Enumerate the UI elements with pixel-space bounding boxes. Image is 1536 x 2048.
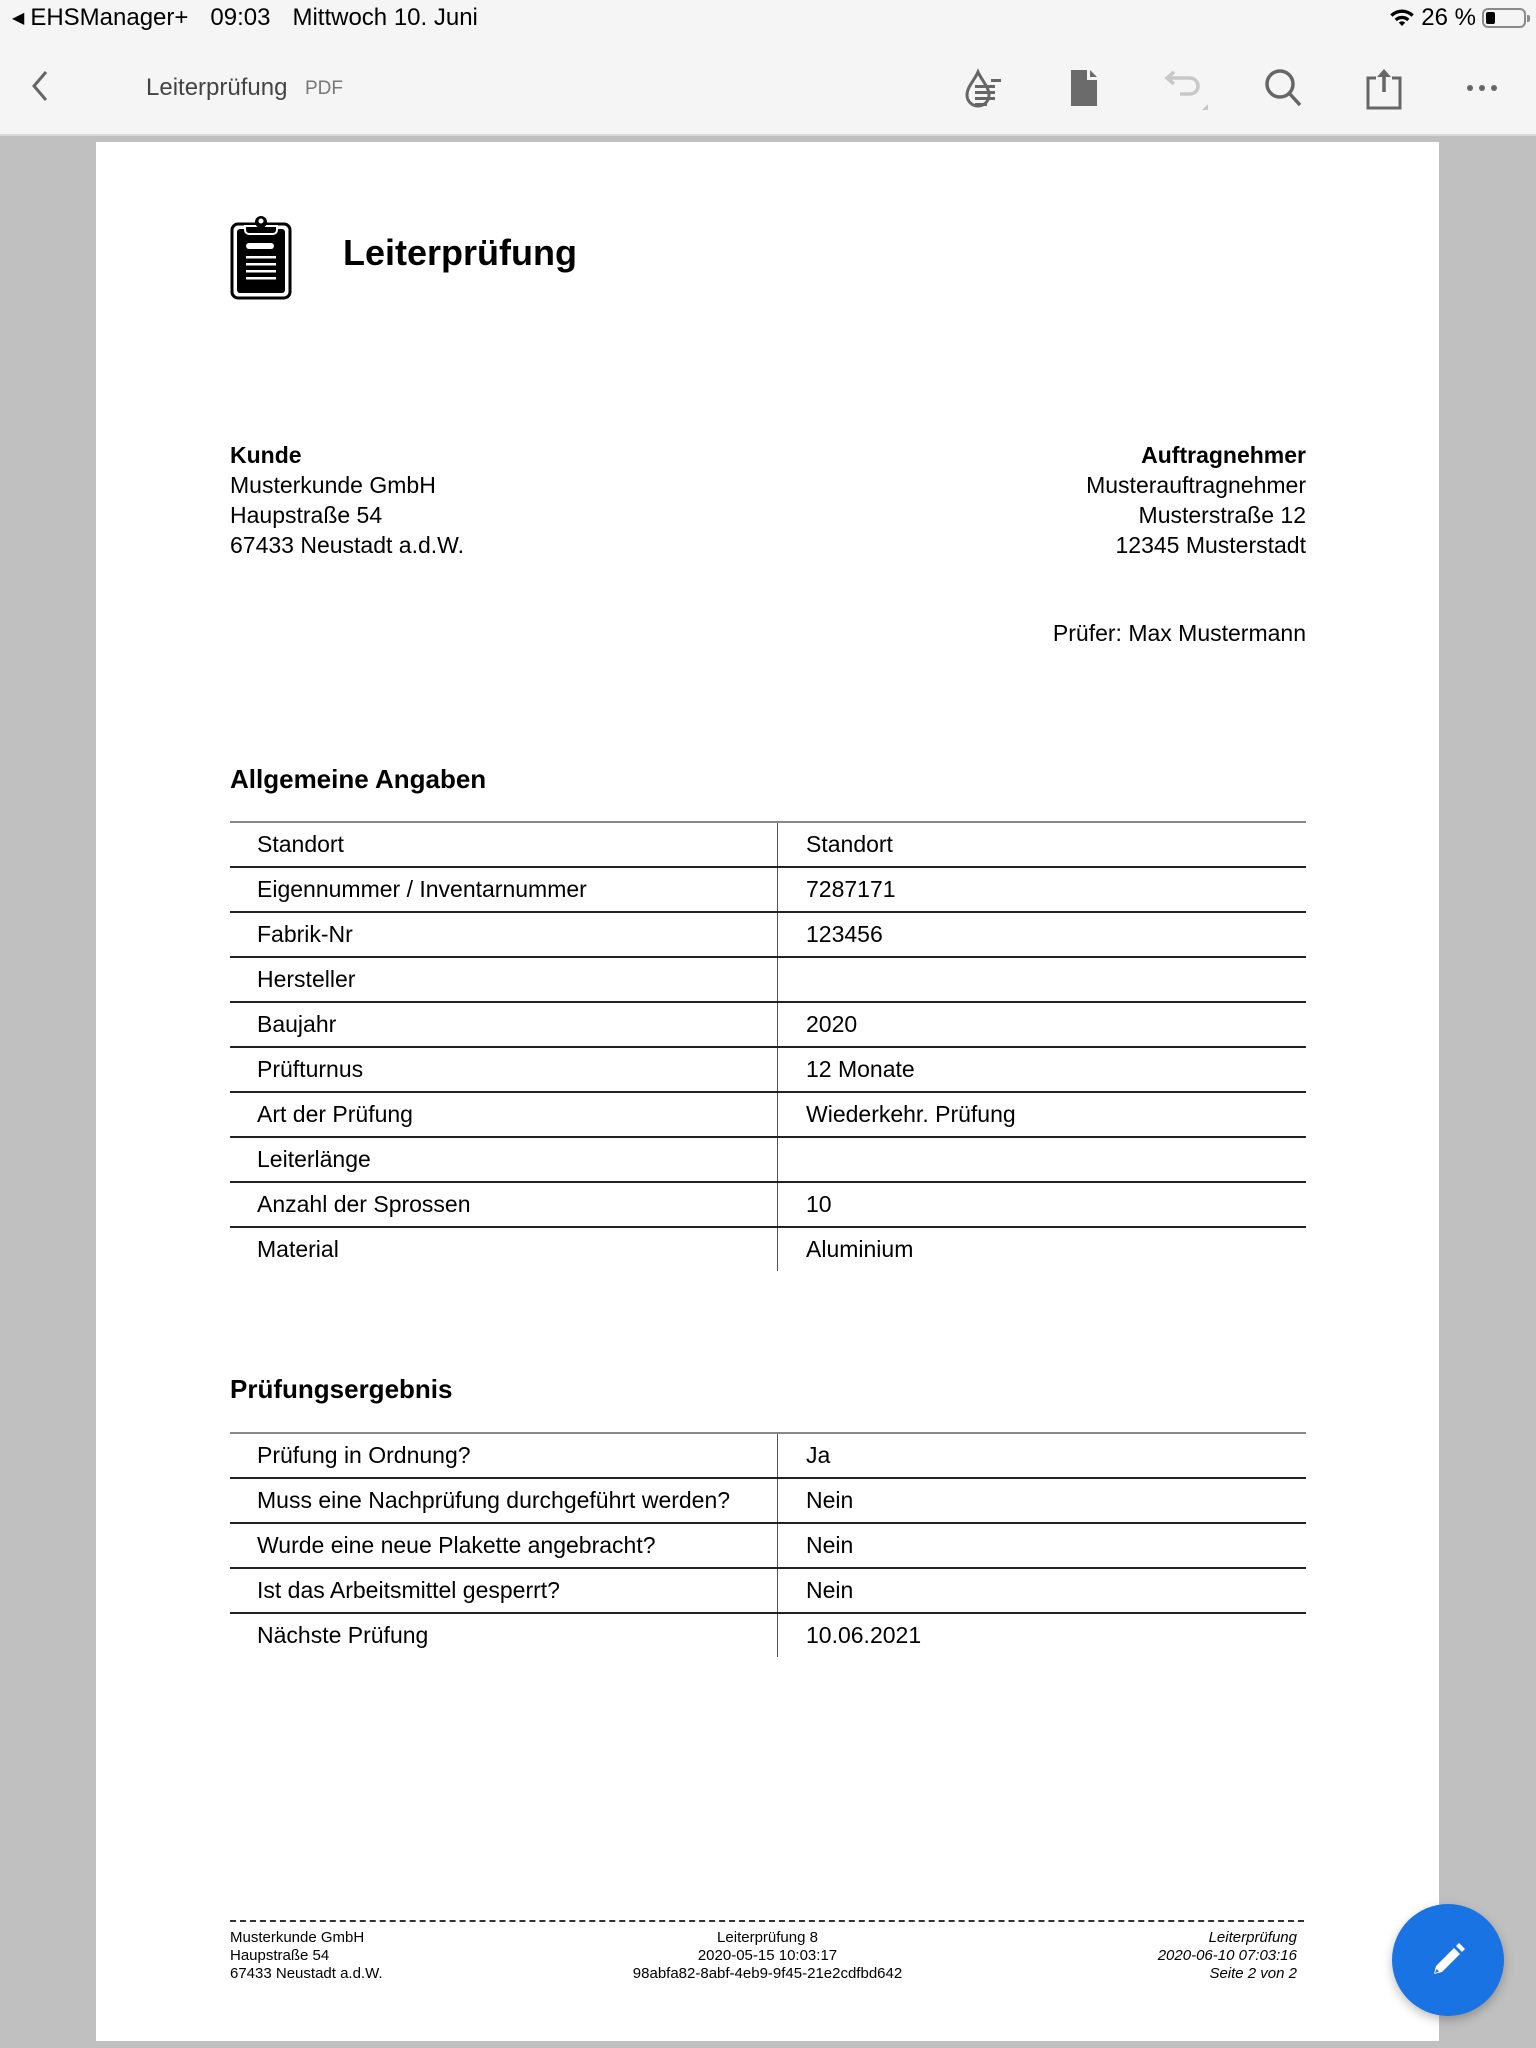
status-date: Mittwoch 10. Juni [292,4,477,32]
table-row: Anzahl der Sprossen10 [230,1182,1306,1227]
row-label: Prüfung in Ordnung? [230,1433,778,1478]
edit-button[interactable] [1392,1904,1504,2016]
page-view-button[interactable] [1061,64,1109,112]
customer-heading: Kunde [230,440,464,470]
table-row: MaterialAluminium [230,1227,1306,1271]
table-row: Ist das Arbeitsmittel gesperrt?Nein [230,1568,1306,1613]
table-row: Eigennummer / Inventarnummer7287171 [230,867,1306,912]
row-value: 10.06.2021 [778,1613,1307,1657]
share-button[interactable] [1360,64,1408,112]
table-row: Leiterlänge [230,1137,1306,1182]
share-icon [1360,64,1408,112]
contractor-line: Musterauftragnehmer [1086,470,1306,500]
more-button[interactable] [1458,64,1506,112]
back-chevron-icon [26,66,56,106]
customer-block: Kunde Musterkunde GmbH Haupstraße 54 674… [230,440,464,560]
customer-line: 67433 Neustadt a.d.W. [230,530,464,560]
row-label: Baujahr [230,1002,778,1047]
row-value: Ja [778,1433,1307,1478]
battery-percent: 26 % [1421,4,1476,32]
row-label: Fabrik-Nr [230,912,778,957]
table-row: Art der PrüfungWiederkehr. Prüfung [230,1092,1306,1137]
contractor-heading: Auftragnehmer [1086,440,1306,470]
row-value: 2020 [778,1002,1307,1047]
footer-divider [230,1920,1304,1922]
table-row: Baujahr2020 [230,1002,1306,1047]
inspector-name: Prüfer: Max Mustermann [1053,620,1306,647]
footer-text: Seite 2 von 2 [1158,1965,1297,1983]
row-label: Prüfturnus [230,1047,778,1092]
wifi-icon [1389,8,1415,28]
row-label: Nächste Prüfung [230,1613,778,1657]
row-value: 12 Monate [778,1047,1307,1092]
row-label: Muss eine Nachprüfung durchgeführt werde… [230,1478,778,1523]
back-app-name[interactable]: EHSManager+ [30,4,188,32]
section-title-general: Allgemeine Angaben [230,764,486,795]
row-label: Leiterlänge [230,1137,778,1182]
status-time: 09:03 [210,4,270,32]
table-row: StandortStandort [230,822,1306,867]
status-right: 26 % [1389,4,1526,32]
row-label: Anzahl der Sprossen [230,1182,778,1227]
row-value: Nein [778,1568,1307,1613]
row-value: 10 [778,1182,1307,1227]
search-button[interactable] [1260,64,1308,112]
row-value: Wiederkehr. Prüfung [778,1092,1307,1137]
section-title-result: Prüfungsergebnis [230,1374,452,1405]
row-value: 7287171 [778,867,1307,912]
table-row: Nächste Prüfung10.06.2021 [230,1613,1306,1657]
report-title: Leiterprüfung [343,232,577,274]
contractor-line: 12345 Musterstadt [1086,530,1306,560]
row-value [778,1137,1307,1182]
footer-right: Leiterprüfung 2020-06-10 07:03:16 Seite … [1158,1929,1297,1983]
row-label: Standort [230,822,778,867]
pdf-page: Leiterprüfung Kunde Musterkunde GmbH Hau… [96,142,1439,2041]
table-row: Wurde eine neue Plakette angebracht?Nein [230,1523,1306,1568]
page-icon [1061,64,1109,112]
pencil-icon [1426,1938,1470,1982]
document-title: Leiterprüfung [146,74,287,102]
undo-icon [1160,64,1208,112]
table-row: Muss eine Nachprüfung durchgeführt werde… [230,1478,1306,1523]
contractor-line: Musterstraße 12 [1086,500,1306,530]
row-label: Wurde eine neue Plakette angebracht? [230,1523,778,1568]
row-value: Nein [778,1523,1307,1568]
back-to-app-icon[interactable]: ◀ [12,8,24,28]
table-row: Fabrik-Nr123456 [230,912,1306,957]
table-row: Hersteller [230,957,1306,1002]
row-value: Nein [778,1478,1307,1523]
more-icon [1458,64,1506,112]
contractor-block: Auftragnehmer Musterauftragnehmer Muster… [1086,440,1306,560]
row-label: Material [230,1227,778,1271]
app-chrome: ◀ EHSManager+ 09:03 Mittwoch 10. Juni 26… [0,0,1536,136]
row-label: Eigennummer / Inventarnummer [230,867,778,912]
row-label: Art der Prüfung [230,1092,778,1137]
back-button[interactable] [26,66,56,106]
footer-text: 2020-06-10 07:03:16 [1158,1947,1297,1965]
pdf-toolbar: Leiterprüfung PDF [0,48,1536,128]
status-left[interactable]: ◀ EHSManager+ 09:03 Mittwoch 10. Juni [12,4,478,32]
undo-button[interactable] [1160,64,1208,112]
clipboard-icon [230,212,292,300]
result-table: Prüfung in Ordnung?JaMuss eine Nachprüfu… [230,1432,1306,1657]
row-label: Hersteller [230,957,778,1002]
row-label: Ist das Arbeitsmittel gesperrt? [230,1568,778,1613]
general-info-table: StandortStandortEigennummer / Inventarnu… [230,821,1306,1271]
row-value: Aluminium [778,1227,1307,1271]
reading-mode-button[interactable] [961,64,1009,112]
table-row: Prüfung in Ordnung?Ja [230,1433,1306,1478]
status-bar: ◀ EHSManager+ 09:03 Mittwoch 10. Juni 26… [0,0,1536,40]
table-row: Prüfturnus12 Monate [230,1047,1306,1092]
customer-line: Musterkunde GmbH [230,470,464,500]
reading-mode-icon [961,64,1009,112]
customer-line: Haupstraße 54 [230,500,464,530]
footer-text: Leiterprüfung [1158,1929,1297,1947]
battery-icon [1482,8,1526,28]
row-value: Standort [778,822,1307,867]
row-value [778,957,1307,1002]
file-type-badge: PDF [305,78,343,100]
search-icon [1260,64,1308,112]
row-value: 123456 [778,912,1307,957]
